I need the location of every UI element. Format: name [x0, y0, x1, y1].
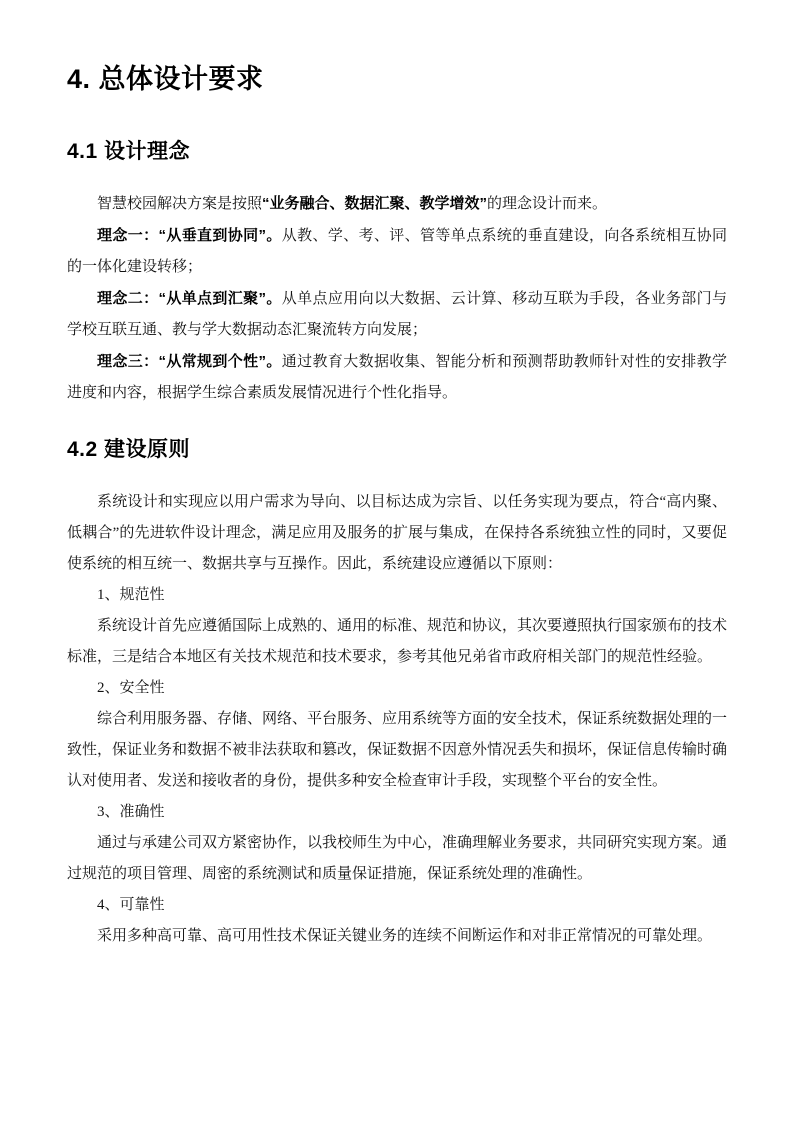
- paragraph-security: 综合利用服务器、存储、网络、平台服务、应用系统等方面的安全技术，保证系统数据处理…: [67, 704, 727, 797]
- bold-text-run: “业务融合、数据汇聚、教学增效”: [262, 195, 487, 212]
- paragraph-concept-2: 理念二：“从单点到汇聚”。从单点应用向以大数据、云计算、移动互联为手段，各业务部…: [67, 283, 727, 346]
- paragraph-concept-3: 理念三：“从常规到个性”。通过教育大数据收集、智能分析和预测帮助教师针对性的安排…: [67, 346, 727, 409]
- section-construction-principles: 4.2 建设原则 系统设计和实现应以用户需求为导向、以目标达成为宗旨、以任务实现…: [67, 436, 727, 952]
- paragraph-principles-intro: 系统设计和实现应以用户需求为导向、以目标达成为宗旨、以任务实现为要点，符合“高内…: [67, 487, 727, 580]
- text-run: 1、规范性: [97, 587, 165, 603]
- paragraph-reliability: 采用多种高可靠、高可用性技术保证关键业务的连续不间断运作和对非正常情况的可靠处理…: [67, 921, 727, 952]
- text-run: 2、安全性: [97, 680, 165, 696]
- bold-text-run: 理念三：“从常规到个性”。: [97, 353, 282, 370]
- text-run: 的理念设计而来。: [487, 196, 607, 212]
- list-item-3-accuracy: 3、准确性: [67, 797, 727, 828]
- paragraph-accuracy: 通过与承建公司双方紧密协作，以我校师生为中心，准确理解业务要求，共同研究实现方案…: [67, 828, 727, 890]
- text-run: 智慧校园解决方案是按照: [97, 196, 262, 212]
- text-run: 综合利用服务器、存储、网络、平台服务、应用系统等方面的安全技术，保证系统数据处理…: [67, 711, 727, 789]
- section-heading-construction-principles: 4.2 建设原则: [67, 436, 727, 464]
- text-run: 系统设计和实现应以用户需求为导向、以目标达成为宗旨、以任务实现为要点，符合“高内…: [67, 494, 727, 572]
- list-item-4-reliability: 4、可靠性: [67, 890, 727, 921]
- bold-text-run: 理念一：“从垂直到协同”。: [97, 227, 282, 244]
- bold-text-run: 理念二：“从单点到汇聚”。: [97, 290, 282, 307]
- document-page: 4. 总体设计要求 4.1 设计理念 智慧校园解决方案是按照“业务融合、数据汇聚…: [0, 0, 793, 1122]
- paragraph-intro: 智慧校园解决方案是按照“业务融合、数据汇聚、教学增效”的理念设计而来。: [67, 188, 727, 220]
- text-run: 通过与承建公司双方紧密协作，以我校师生为中心，准确理解业务要求，共同研究实现方案…: [67, 835, 727, 882]
- section-body: 系统设计和实现应以用户需求为导向、以目标达成为宗旨、以任务实现为要点，符合“高内…: [67, 487, 727, 952]
- paragraph-normativity: 系统设计首先应遵循国际上成熟的、通用的标准、规范和协议，其次要遵照执行国家颁布的…: [67, 611, 727, 673]
- section-heading-design-concept: 4.1 设计理念: [67, 138, 727, 166]
- section-body: 智慧校园解决方案是按照“业务融合、数据汇聚、教学增效”的理念设计而来。 理念一：…: [67, 188, 727, 409]
- text-run: 采用多种高可靠、高可用性技术保证关键业务的连续不间断运作和对非正常情况的可靠处理…: [97, 928, 712, 944]
- list-item-1-normativity: 1、规范性: [67, 580, 727, 611]
- section-design-concept: 4.1 设计理念 智慧校园解决方案是按照“业务融合、数据汇聚、教学增效”的理念设…: [67, 138, 727, 409]
- text-run: 系统设计首先应遵循国际上成熟的、通用的标准、规范和协议，其次要遵照执行国家颁布的…: [67, 618, 727, 665]
- text-run: 3、准确性: [97, 804, 165, 820]
- document-title: 4. 总体设计要求: [67, 62, 727, 96]
- paragraph-concept-1: 理念一：“从垂直到协同”。从教、学、考、评、管等单点系统的垂直建设，向各系统相互…: [67, 220, 727, 283]
- text-run: 4、可靠性: [97, 897, 165, 913]
- list-item-2-security: 2、安全性: [67, 673, 727, 704]
